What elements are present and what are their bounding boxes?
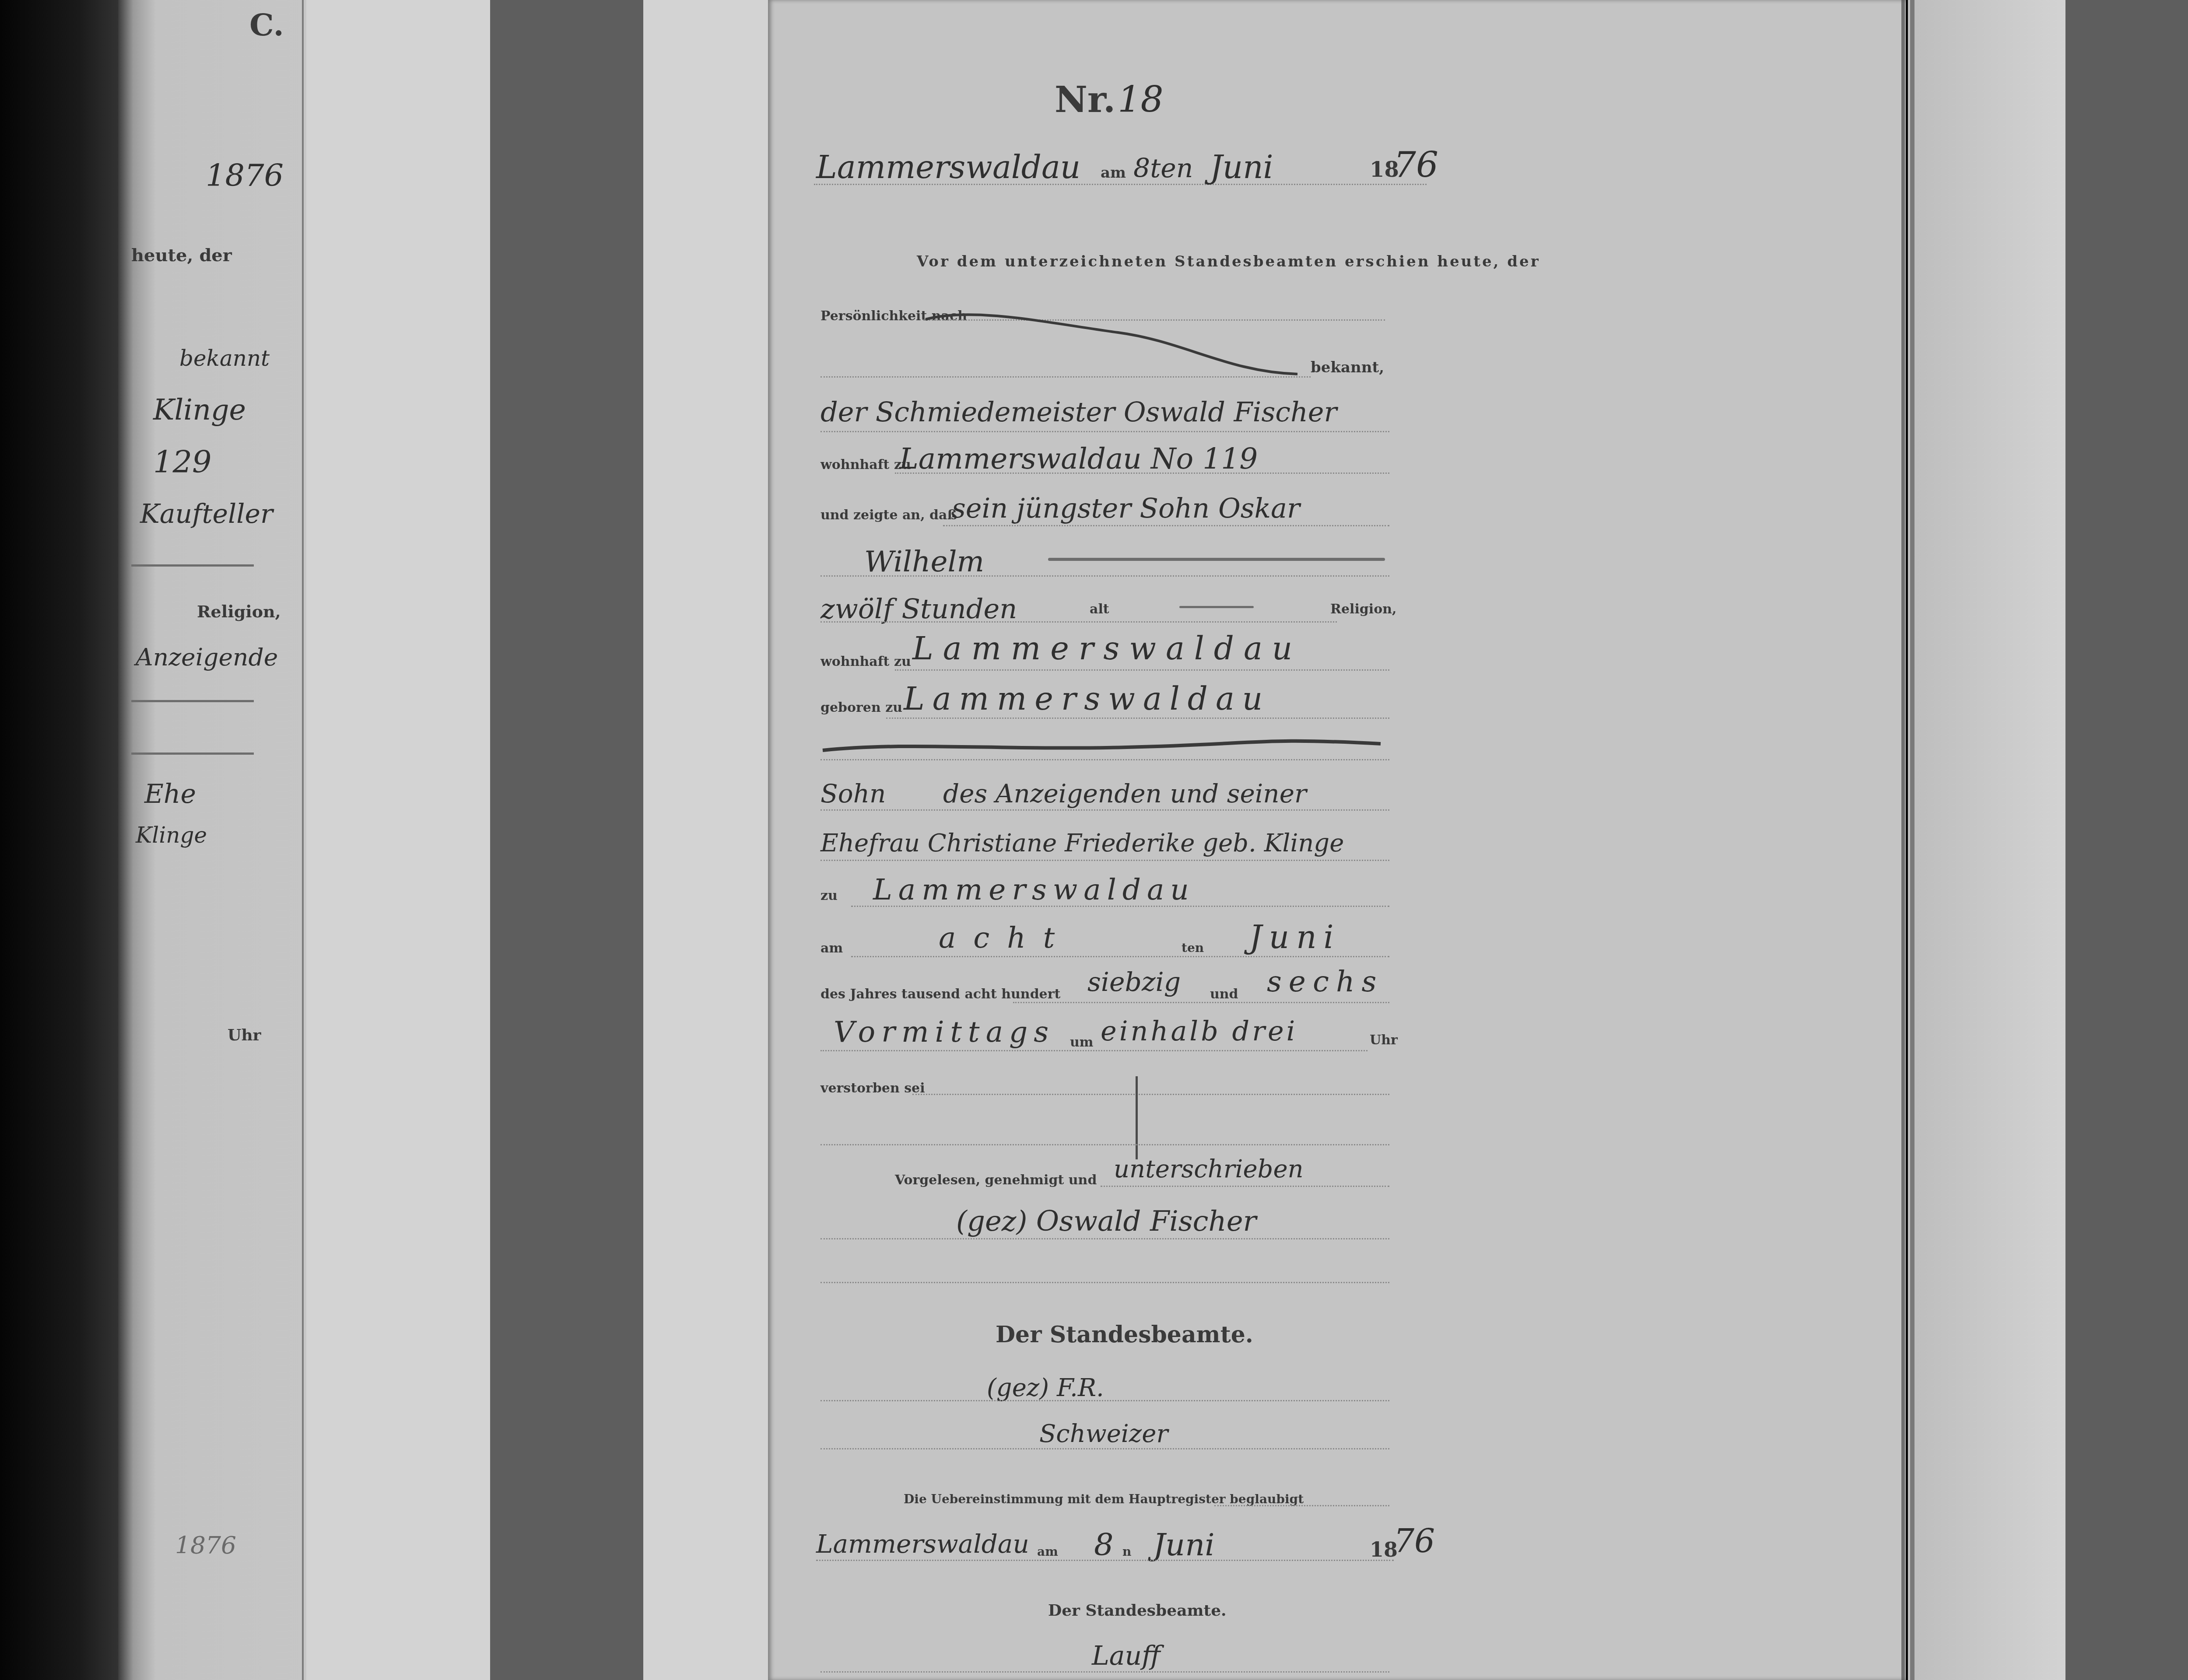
year-suffix: 76 <box>1394 144 1438 185</box>
page-outer-edge-line <box>1910 0 1914 1680</box>
declarant-rule <box>820 431 1389 432</box>
year-rule <box>1013 1002 1389 1003</box>
cert-month: Juni <box>1153 1527 1215 1563</box>
light-strip-2 <box>643 0 768 1680</box>
declarant-signature: (gez) Oswald Fischer <box>956 1205 1256 1238</box>
certification-text: Die Uebereinstimmung mit dem Hauptregist… <box>904 1492 1304 1506</box>
parents-line2-rule <box>820 860 1389 861</box>
light-strip-3 <box>1908 0 2065 1680</box>
cert-date-rule <box>816 1560 1394 1561</box>
registrar-heading: Der Standesbeamte. <box>996 1321 1253 1348</box>
registrar-signature-name: Schweizer <box>1039 1420 1168 1448</box>
read-label: Vorgelesen, genehmigt und <box>895 1172 1097 1188</box>
cert-day: 8 <box>1094 1527 1114 1563</box>
religion-strike <box>1179 606 1254 608</box>
left-page-line-5: Religion, <box>197 602 281 621</box>
left-page-strike-3 <box>131 752 254 755</box>
declarant: der Schmiedemeister Oswald Fischer <box>820 396 1337 428</box>
certification-rule <box>1214 1505 1389 1506</box>
left-page-line-7: Ehe <box>144 779 196 809</box>
announce-label: und zeigte an, daß <box>820 507 957 523</box>
time-uhr-label: Uhr <box>1370 1032 1398 1048</box>
entry-number-value: 18 <box>1118 79 1163 121</box>
age-label: alt <box>1090 602 1109 617</box>
left-page-line-2: Klinge <box>153 394 246 427</box>
cert-year-suffix: 76 <box>1394 1522 1435 1560</box>
time-rule <box>820 1050 1367 1051</box>
page-right-edge-line <box>1901 0 1905 1680</box>
time-hour: einhalb drei <box>1101 1015 1297 1047</box>
registrar-name-rule <box>820 1448 1389 1449</box>
place-of-death: Lammerswaldau <box>873 873 1195 906</box>
blank-rule-2 <box>820 1282 1389 1283</box>
parents-strike-icon <box>820 735 1389 757</box>
parents-line1-rule <box>820 809 1389 811</box>
cert-registrar-signature: Lauff <box>1092 1641 1161 1671</box>
left-page-line-3: 129 <box>153 444 212 480</box>
intro-text: Vor dem unterzeichneten Standesbeamten e… <box>917 253 1540 270</box>
parents-line2: Ehefrau Christiane Friederike geb. Kling… <box>820 829 1344 857</box>
parents-line1: des Anzeigenden und seiner <box>943 779 1307 808</box>
left-page-line-10: 1876 <box>175 1531 236 1559</box>
year-units: sechs <box>1267 965 1383 998</box>
deceased-line2-strike <box>1048 558 1385 561</box>
year-text-label: des Jahres tausend acht hundert <box>820 987 1060 1002</box>
registrar-signature-initials: (gez) F.R. <box>987 1374 1104 1402</box>
died-rule <box>912 1094 1389 1095</box>
read-value: unterschrieben <box>1114 1155 1304 1183</box>
dark-strip-1 <box>490 0 643 1680</box>
deceased-residence-label: wohnhaft zu <box>820 654 911 669</box>
parents-line1-prefix: Sohn <box>820 779 886 808</box>
deceased-residence: Lammerswaldau <box>912 630 1302 667</box>
left-page: C. 1876 heute, der bekannt Klinge 129 Ka… <box>118 0 306 1680</box>
declarant-residence: Lammerswaldau No 119 <box>899 442 1258 476</box>
cert-place: Lammerswaldau <box>816 1529 1029 1559</box>
cert-am-label: am <box>1037 1544 1058 1559</box>
year-and-label: und <box>1210 987 1238 1002</box>
left-page-register-letter: C. <box>249 7 284 43</box>
cert-registrar-heading: Der Standesbeamte. <box>1048 1601 1227 1620</box>
deceased-line1: sein jüngster Sohn Oskar <box>952 492 1300 524</box>
month: Juni <box>1210 149 1273 185</box>
left-page-strike-2 <box>131 700 254 702</box>
residence-rule <box>895 472 1389 474</box>
entry-number: Nr. 18 <box>1055 79 1164 121</box>
left-page-year: 1876 <box>206 157 284 193</box>
date-rule <box>851 956 1389 957</box>
light-strip-1 <box>306 0 490 1680</box>
deceased-line2-rule <box>820 575 1389 577</box>
age-rule <box>820 621 1337 623</box>
religion-label: Religion, <box>1330 602 1396 617</box>
died-vertical-strike <box>1136 1076 1138 1159</box>
dark-strip-2 <box>2065 0 2188 1680</box>
blank-rule-1 <box>820 1144 1389 1145</box>
died-label: verstorben sei <box>820 1081 925 1096</box>
place-of-death-label: zu <box>820 888 838 903</box>
left-dark-edge <box>0 0 131 1680</box>
left-page-line-8: Klinge <box>136 822 207 848</box>
year-tens: siebzig <box>1087 967 1181 997</box>
death-day: acht <box>939 921 1072 955</box>
born-label: geboren zu <box>820 700 902 715</box>
deceased-residence-rule <box>895 669 1389 671</box>
announce-rule <box>943 525 1389 526</box>
month-prefix: ten <box>1182 941 1204 955</box>
parents-blank-rule <box>820 759 1389 760</box>
left-page-line-0: heute, der <box>131 245 232 266</box>
date-label: am <box>820 941 843 956</box>
age-value: zwölf Stunden <box>820 593 1017 625</box>
left-page-line-4: Kaufteller <box>140 499 273 529</box>
identity-strike-icon <box>921 306 1315 376</box>
cert-month-prefix: n <box>1122 1544 1131 1559</box>
time-um-label: um <box>1070 1035 1094 1050</box>
known-label: bekannt, <box>1311 359 1384 376</box>
register-page: Nr. 18 Lammerswaldau am 8ten Juni 18 76 … <box>768 0 1906 1680</box>
declarant-signature-rule <box>820 1238 1389 1239</box>
entry-number-label: Nr. <box>1055 79 1115 121</box>
place-date-am: am <box>1101 164 1126 182</box>
time-value: Vormittags <box>834 1015 1055 1049</box>
left-page-margin-line <box>302 0 304 1680</box>
birthplace: Lammerswaldau <box>904 680 1270 717</box>
born-rule <box>886 717 1389 719</box>
left-page-line-6: Anzeigende <box>136 643 278 671</box>
place-of-death-rule <box>851 906 1389 907</box>
registrar-initials-rule <box>820 1400 1389 1401</box>
death-month: Juni <box>1249 919 1341 955</box>
place: Lammerswaldau <box>816 149 1080 185</box>
residence-label: wohnhaft zu <box>820 457 911 472</box>
left-page-line-1: bekannt <box>179 346 270 371</box>
deceased-line2: Wilhelm <box>864 545 984 578</box>
cert-signature-rule <box>820 1671 1389 1673</box>
day: 8ten <box>1133 153 1193 184</box>
left-page-line-9: Uhr <box>228 1026 261 1044</box>
known-rule <box>820 376 1311 378</box>
read-rule <box>1101 1186 1389 1187</box>
left-page-strike-1 <box>131 564 254 567</box>
